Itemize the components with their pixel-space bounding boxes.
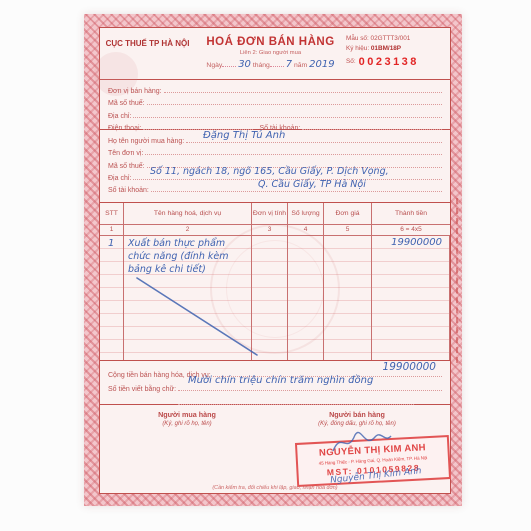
date-year-handwritten: 2019: [309, 59, 334, 70]
form-number-value: 02GTTT3/001: [371, 35, 411, 42]
copy-note: Liên 2: Giao người mua: [195, 50, 346, 56]
col-num-1: 1: [100, 225, 124, 235]
invoice-header: CỤC THUẾ TP HÀ NỘI HOÁ ĐƠN BÁN HÀNG Liên…: [100, 28, 450, 80]
buyer-section: Họ tên người mua hàng: Đặng Thị Tú Anh T…: [100, 130, 450, 203]
col-num-2: 2: [124, 225, 252, 235]
seller-tax-row: Mã số thuế:: [108, 95, 444, 107]
buyer-address-handwritten-line1: Số 11, ngách 18, ngõ 165, Cầu Giấy, P. D…: [150, 166, 389, 177]
seller-tax-label: Mã số thuế:: [108, 100, 145, 107]
buyer-account-row: Số tài khoản: Q. Cầu Giấy, TP Hà Nội: [108, 182, 444, 194]
buyer-name-row: Họ tên người mua hàng: Đặng Thị Tú Anh: [108, 133, 444, 145]
buyer-account-label: Số tài khoản:: [108, 187, 149, 194]
header-meta: Mẫu số: 02GTTT3/001 Ký hiệu: 01BM/18P Số…: [346, 28, 450, 79]
date-year-word: năm: [294, 62, 307, 69]
buyer-tax-label: Mã số thuế:: [108, 163, 145, 170]
amount-in-words-label: Số tiền viết bằng chữ:: [108, 386, 176, 393]
amount-in-words-row: Số tiền viết bằng chữ: Mười chín triệu c…: [108, 379, 444, 393]
seller-signature-title: Người bán hàng: [292, 410, 422, 419]
seller-unit-label: Đơn vị bán hàng:: [108, 88, 162, 95]
diagonal-strike-line: [100, 236, 449, 358]
form-number-label: Mẫu số:: [346, 35, 369, 42]
table-header-row: STT Tên hàng hoá, dịch vụ Đơn vị tính Số…: [100, 203, 450, 225]
table-body: 1 Xuất bán thực phẩm chức năng (đính kèm…: [100, 236, 450, 360]
invoice-number-label: Số:: [346, 57, 356, 67]
header-center: HOÁ ĐƠN BÁN HÀNG Liên 2: Giao người mua …: [195, 28, 346, 79]
col-num-5: 5: [324, 225, 372, 235]
verification-footnote: (Cần kiểm tra, đối chiếu khi lập, giao, …: [100, 485, 450, 491]
col-header-unit: Đơn vị tính: [252, 203, 288, 224]
date-prefix: Ngày: [206, 62, 222, 69]
buyer-unit-label: Tên đơn vị:: [108, 150, 143, 157]
seller-unit-row: Đơn vị bán hàng:: [108, 83, 444, 95]
buyer-signature-title: Người mua hàng: [132, 410, 242, 419]
date-month-word: tháng: [253, 62, 270, 69]
seller-address-row: Địa chỉ:: [108, 107, 444, 119]
col-header-quantity: Số lượng: [288, 203, 324, 224]
col-header-description: Tên hàng hoá, dịch vụ: [124, 203, 252, 224]
amount-in-words-handwritten: Mười chín triệu chín trăm nghìn đồng: [188, 375, 373, 386]
serial-line: Ký hiệu: 01BM/18P: [346, 44, 450, 54]
invoice-number-value: 0023138: [359, 54, 419, 71]
buyer-unit-row: Tên đơn vị:: [108, 145, 444, 157]
date-month-handwritten: 7: [286, 59, 292, 70]
col-num-6: 6 = 4x5: [372, 225, 450, 235]
date-day-handwritten: 30: [238, 59, 251, 70]
seller-section: Đơn vị bán hàng: Mã số thuế: Địa chỉ: Đi…: [100, 80, 450, 130]
invoice-number-line: Số: 0023138: [346, 54, 450, 71]
serial-value: 01BM/18P: [371, 45, 401, 52]
date-line: Ngày 30 tháng 7 năm 2019: [195, 59, 346, 70]
buyer-signature-block: Người mua hàng (Ký, ghi rõ họ, tên): [132, 410, 242, 427]
buyer-address-label: Địa chỉ:: [108, 175, 131, 182]
col-header-stt: STT: [100, 203, 124, 224]
items-table: STT Tên hàng hoá, dịch vụ Đơn vị tính Số…: [100, 203, 450, 361]
invoice-lace-border: CỤC THUẾ TP HÀ NỘI HOÁ ĐƠN BÁN HÀNG Liên…: [84, 14, 462, 506]
buyer-address-handwritten-line2: Q. Cầu Giấy, TP Hà Nội: [258, 179, 366, 190]
invoice-sheet: CỤC THUẾ TP HÀ NỘI HOÁ ĐƠN BÁN HÀNG Liên…: [99, 27, 451, 494]
edge-microtext: [456, 198, 458, 363]
col-header-amount: Thành tiền: [372, 203, 450, 224]
seller-signature-block: Người bán hàng (Ký, đóng dấu, ghi rõ họ,…: [292, 410, 422, 427]
invoice-title: HOÁ ĐƠN BÁN HÀNG: [195, 36, 346, 48]
buyer-name-handwritten: Đặng Thị Tú Anh: [203, 130, 285, 141]
seller-address-label: Địa chỉ:: [108, 113, 131, 120]
buyer-signature-note: (Ký, ghi rõ họ, tên): [132, 421, 242, 427]
signature-scribble: [325, 427, 395, 457]
total-amount-handwritten: 19900000: [383, 361, 436, 373]
col-header-unit-price: Đơn giá: [324, 203, 372, 224]
buyer-name-label: Họ tên người mua hàng:: [108, 138, 184, 145]
serial-label: Ký hiệu:: [346, 45, 369, 52]
totals-section: Cộng tiền bán hàng hóa, dịch vụ: 1990000…: [100, 361, 450, 405]
form-number-line: Mẫu số: 02GTTT3/001: [346, 34, 450, 44]
signatures-section: Người mua hàng (Ký, ghi rõ họ, tên) Ngườ…: [100, 405, 450, 493]
